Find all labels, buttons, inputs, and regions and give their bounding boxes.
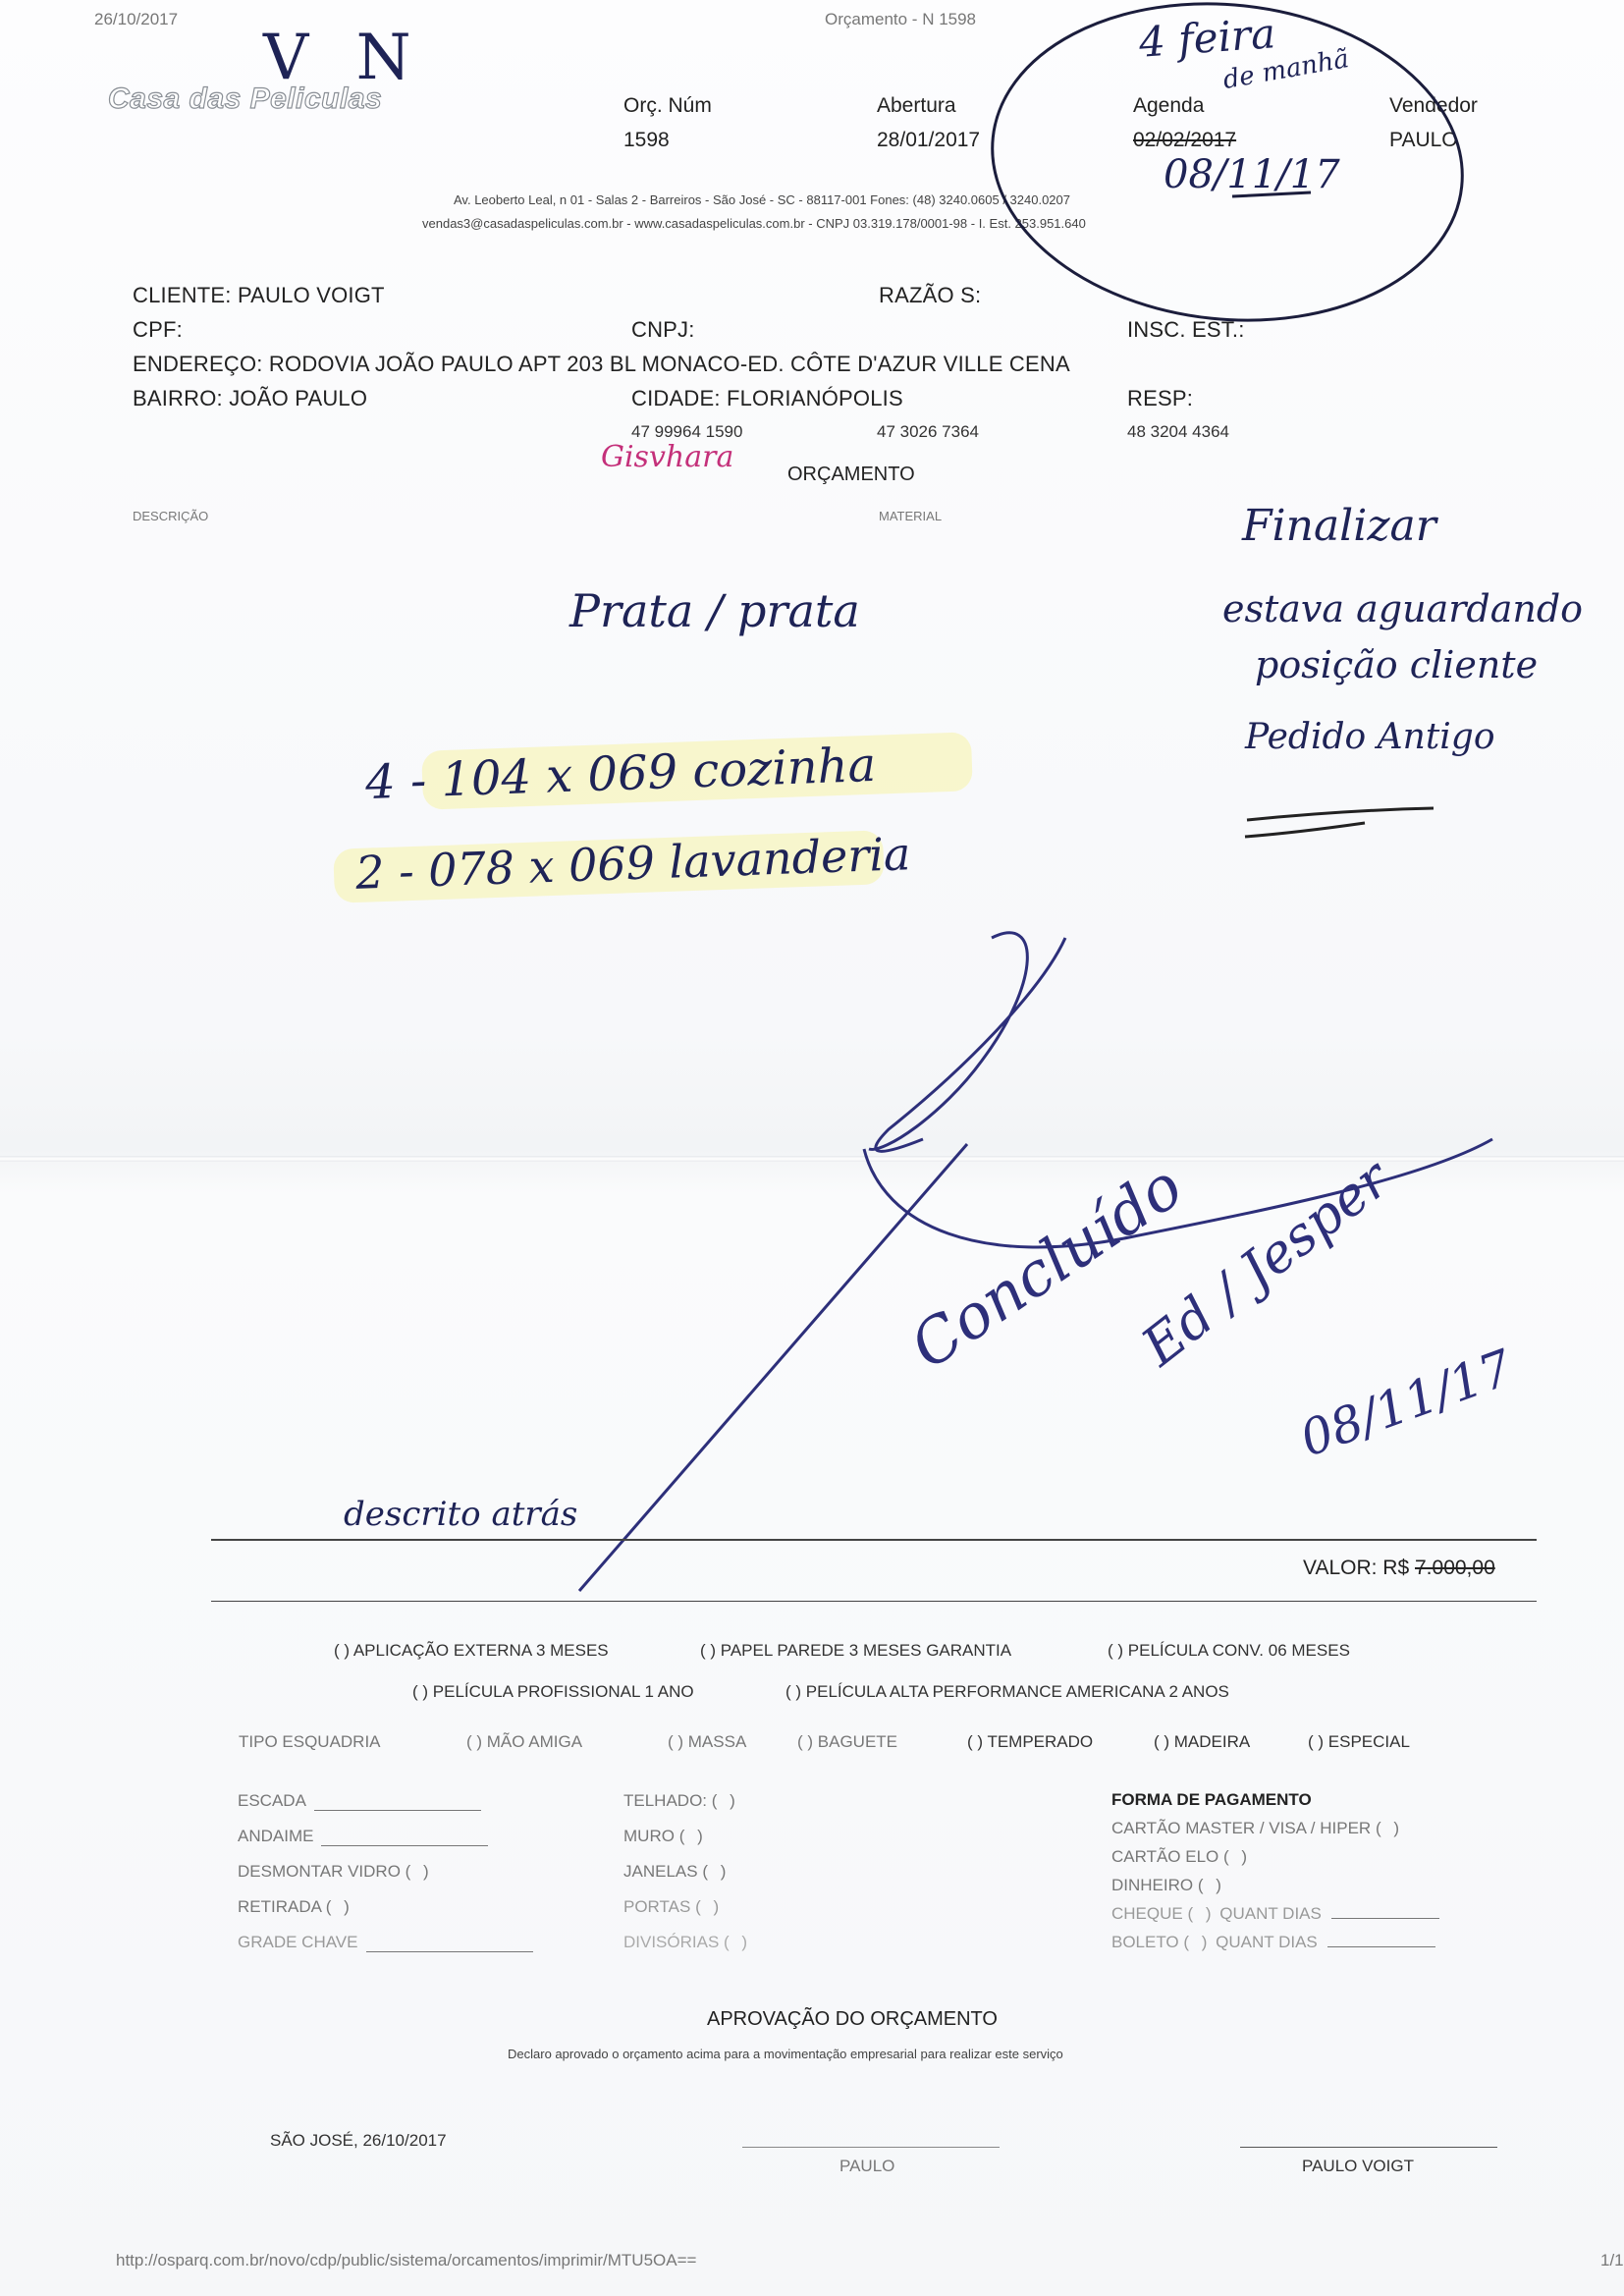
option-janelas-checkbox[interactable]: ( ) — [702, 1862, 730, 1881]
footer-page-number: 1/1 — [1600, 2251, 1624, 2270]
option-retirada[interactable]: RETIRADA ( ) — [238, 1897, 353, 1917]
client-signature-name: PAULO VOIGT — [1302, 2157, 1414, 2176]
option-andaime[interactable]: ANDAIME — [238, 1827, 488, 1846]
payment-elo-checkbox[interactable]: ( ) — [1223, 1847, 1251, 1866]
warranty-film-high-perf-2y[interactable]: ( ) PELÍCULA ALTA PERFORMANCE AMERICANA … — [785, 1682, 1229, 1702]
option-divisorias-checkbox[interactable]: ( ) — [724, 1933, 751, 1951]
payment-boleto-label: BOLETO — [1111, 1933, 1179, 1951]
option-telhado-checkbox[interactable]: ( ) — [712, 1791, 739, 1810]
frame-type-temperado[interactable]: ( ) TEMPERADO — [967, 1732, 1093, 1752]
warranty-film-pro-1y[interactable]: ( ) PELÍCULA PROFISSIONAL 1 ANO — [412, 1682, 694, 1702]
side-note-underline — [1247, 808, 1434, 820]
option-desmontar-vidro-label: DESMONTAR VIDRO — [238, 1862, 401, 1881]
footer-url: http://osparq.com.br/novo/cdp/public/sis… — [116, 2251, 696, 2270]
payment-card-elo[interactable]: CARTÃO ELO ( ) — [1111, 1847, 1251, 1867]
option-janelas-label: JANELAS — [623, 1862, 698, 1881]
value-top-rule — [211, 1539, 1537, 1541]
frame-type-especial[interactable]: ( ) ESPECIAL — [1308, 1732, 1410, 1752]
payment-cheque-days-blank[interactable] — [1331, 1918, 1439, 1919]
seller-signature-name: PAULO — [839, 2157, 894, 2176]
payment-elo-label: CARTÃO ELO — [1111, 1847, 1218, 1866]
frame-type-baguete[interactable]: ( ) BAGUETE — [797, 1732, 897, 1752]
option-escada[interactable]: ESCADA — [238, 1791, 481, 1811]
option-muro[interactable]: MURO ( ) — [623, 1827, 707, 1846]
warranty-external-3m[interactable]: ( ) APLICAÇÃO EXTERNA 3 MESES — [334, 1641, 609, 1661]
option-retirada-label: RETIRADA — [238, 1897, 321, 1916]
option-grade-chave-label: GRADE CHAVE — [238, 1933, 358, 1951]
option-grade-chave-blank[interactable] — [366, 1951, 533, 1952]
payment-boleto-checkbox[interactable]: ( ) — [1183, 1933, 1211, 1951]
frame-type-mao-amiga[interactable]: ( ) MÃO AMIGA — [466, 1732, 582, 1752]
payment-boleto-days-label: QUANT DIAS — [1216, 1933, 1318, 1951]
frame-type-massa[interactable]: ( ) MASSA — [668, 1732, 746, 1752]
option-muro-checkbox[interactable]: ( ) — [679, 1827, 707, 1845]
frame-type-madeira[interactable]: ( ) MADEIRA — [1154, 1732, 1250, 1752]
approval-statement: Declaro aprovado o orçamento acima para … — [508, 2047, 1063, 2061]
payment-boleto[interactable]: BOLETO ( ) QUANT DIAS — [1111, 1933, 1435, 1952]
option-desmontar-vidro-checkbox[interactable]: ( ) — [406, 1862, 433, 1881]
option-retirada-checkbox[interactable]: ( ) — [326, 1897, 353, 1916]
option-portas-checkbox[interactable]: ( ) — [695, 1897, 723, 1916]
value-amount-struck: 7.000,00 — [1415, 1557, 1495, 1579]
payment-cash-checkbox[interactable]: ( ) — [1198, 1876, 1225, 1894]
signature-scrawl — [579, 933, 1492, 1591]
warranty-wallpaper-3m[interactable]: ( ) PAPEL PAREDE 3 MESES GARANTIA — [700, 1641, 1011, 1661]
seller-signature-line — [742, 2147, 1000, 2148]
option-muro-label: MURO — [623, 1827, 675, 1845]
value-row: VALOR: R$ 7.000,00 — [1303, 1557, 1495, 1580]
option-andaime-label: ANDAIME — [238, 1827, 313, 1845]
value-label: VALOR: R$ — [1303, 1557, 1409, 1579]
payment-cheque[interactable]: CHEQUE ( ) QUANT DIAS — [1111, 1904, 1439, 1924]
option-janelas[interactable]: JANELAS ( ) — [623, 1862, 730, 1882]
payment-cash-label: DINHEIRO — [1111, 1876, 1193, 1894]
option-portas-label: PORTAS — [623, 1897, 690, 1916]
payment-card-label: CARTÃO MASTER / VISA / HIPER — [1111, 1819, 1371, 1837]
approval-title: APROVAÇÃO DO ORÇAMENTO — [707, 2008, 998, 2031]
option-telhado-label: TELHADO: — [623, 1791, 707, 1810]
value-bottom-rule — [211, 1601, 1537, 1602]
option-grade-chave[interactable]: GRADE CHAVE — [238, 1933, 533, 1952]
payment-cash[interactable]: DINHEIRO ( ) — [1111, 1876, 1225, 1895]
option-andaime-blank[interactable] — [321, 1845, 488, 1846]
warranty-film-conv-6m[interactable]: ( ) PELÍCULA CONV. 06 MESES — [1108, 1641, 1350, 1661]
client-signature-line — [1240, 2147, 1497, 2148]
option-portas[interactable]: PORTAS ( ) — [623, 1897, 723, 1917]
payment-card-checkbox[interactable]: ( ) — [1376, 1819, 1403, 1837]
payment-boleto-days-blank[interactable] — [1327, 1946, 1435, 1947]
option-telhado[interactable]: TELHADO: ( ) — [623, 1791, 739, 1811]
agenda-circle-mark — [977, 0, 1479, 343]
payment-title: FORMA DE PAGAMENTO — [1111, 1790, 1312, 1810]
payment-cheque-checkbox[interactable]: ( ) — [1187, 1904, 1215, 1923]
payment-cheque-days-label: QUANT DIAS — [1219, 1904, 1322, 1923]
frame-type-label: TIPO ESQUADRIA — [239, 1732, 381, 1752]
option-divisorias[interactable]: DIVISÓRIAS ( ) — [623, 1933, 751, 1952]
approval-place-date: SÃO JOSÉ, 26/10/2017 — [270, 2131, 447, 2151]
option-divisorias-label: DIVISÓRIAS — [623, 1933, 719, 1951]
option-escada-label: ESCADA — [238, 1791, 306, 1810]
payment-cheque-label: CHEQUE — [1111, 1904, 1183, 1923]
option-desmontar-vidro[interactable]: DESMONTAR VIDRO ( ) — [238, 1862, 433, 1882]
option-escada-blank[interactable] — [314, 1810, 481, 1811]
payment-card-master-visa-hiper[interactable]: CARTÃO MASTER / VISA / HIPER ( ) — [1111, 1819, 1403, 1838]
